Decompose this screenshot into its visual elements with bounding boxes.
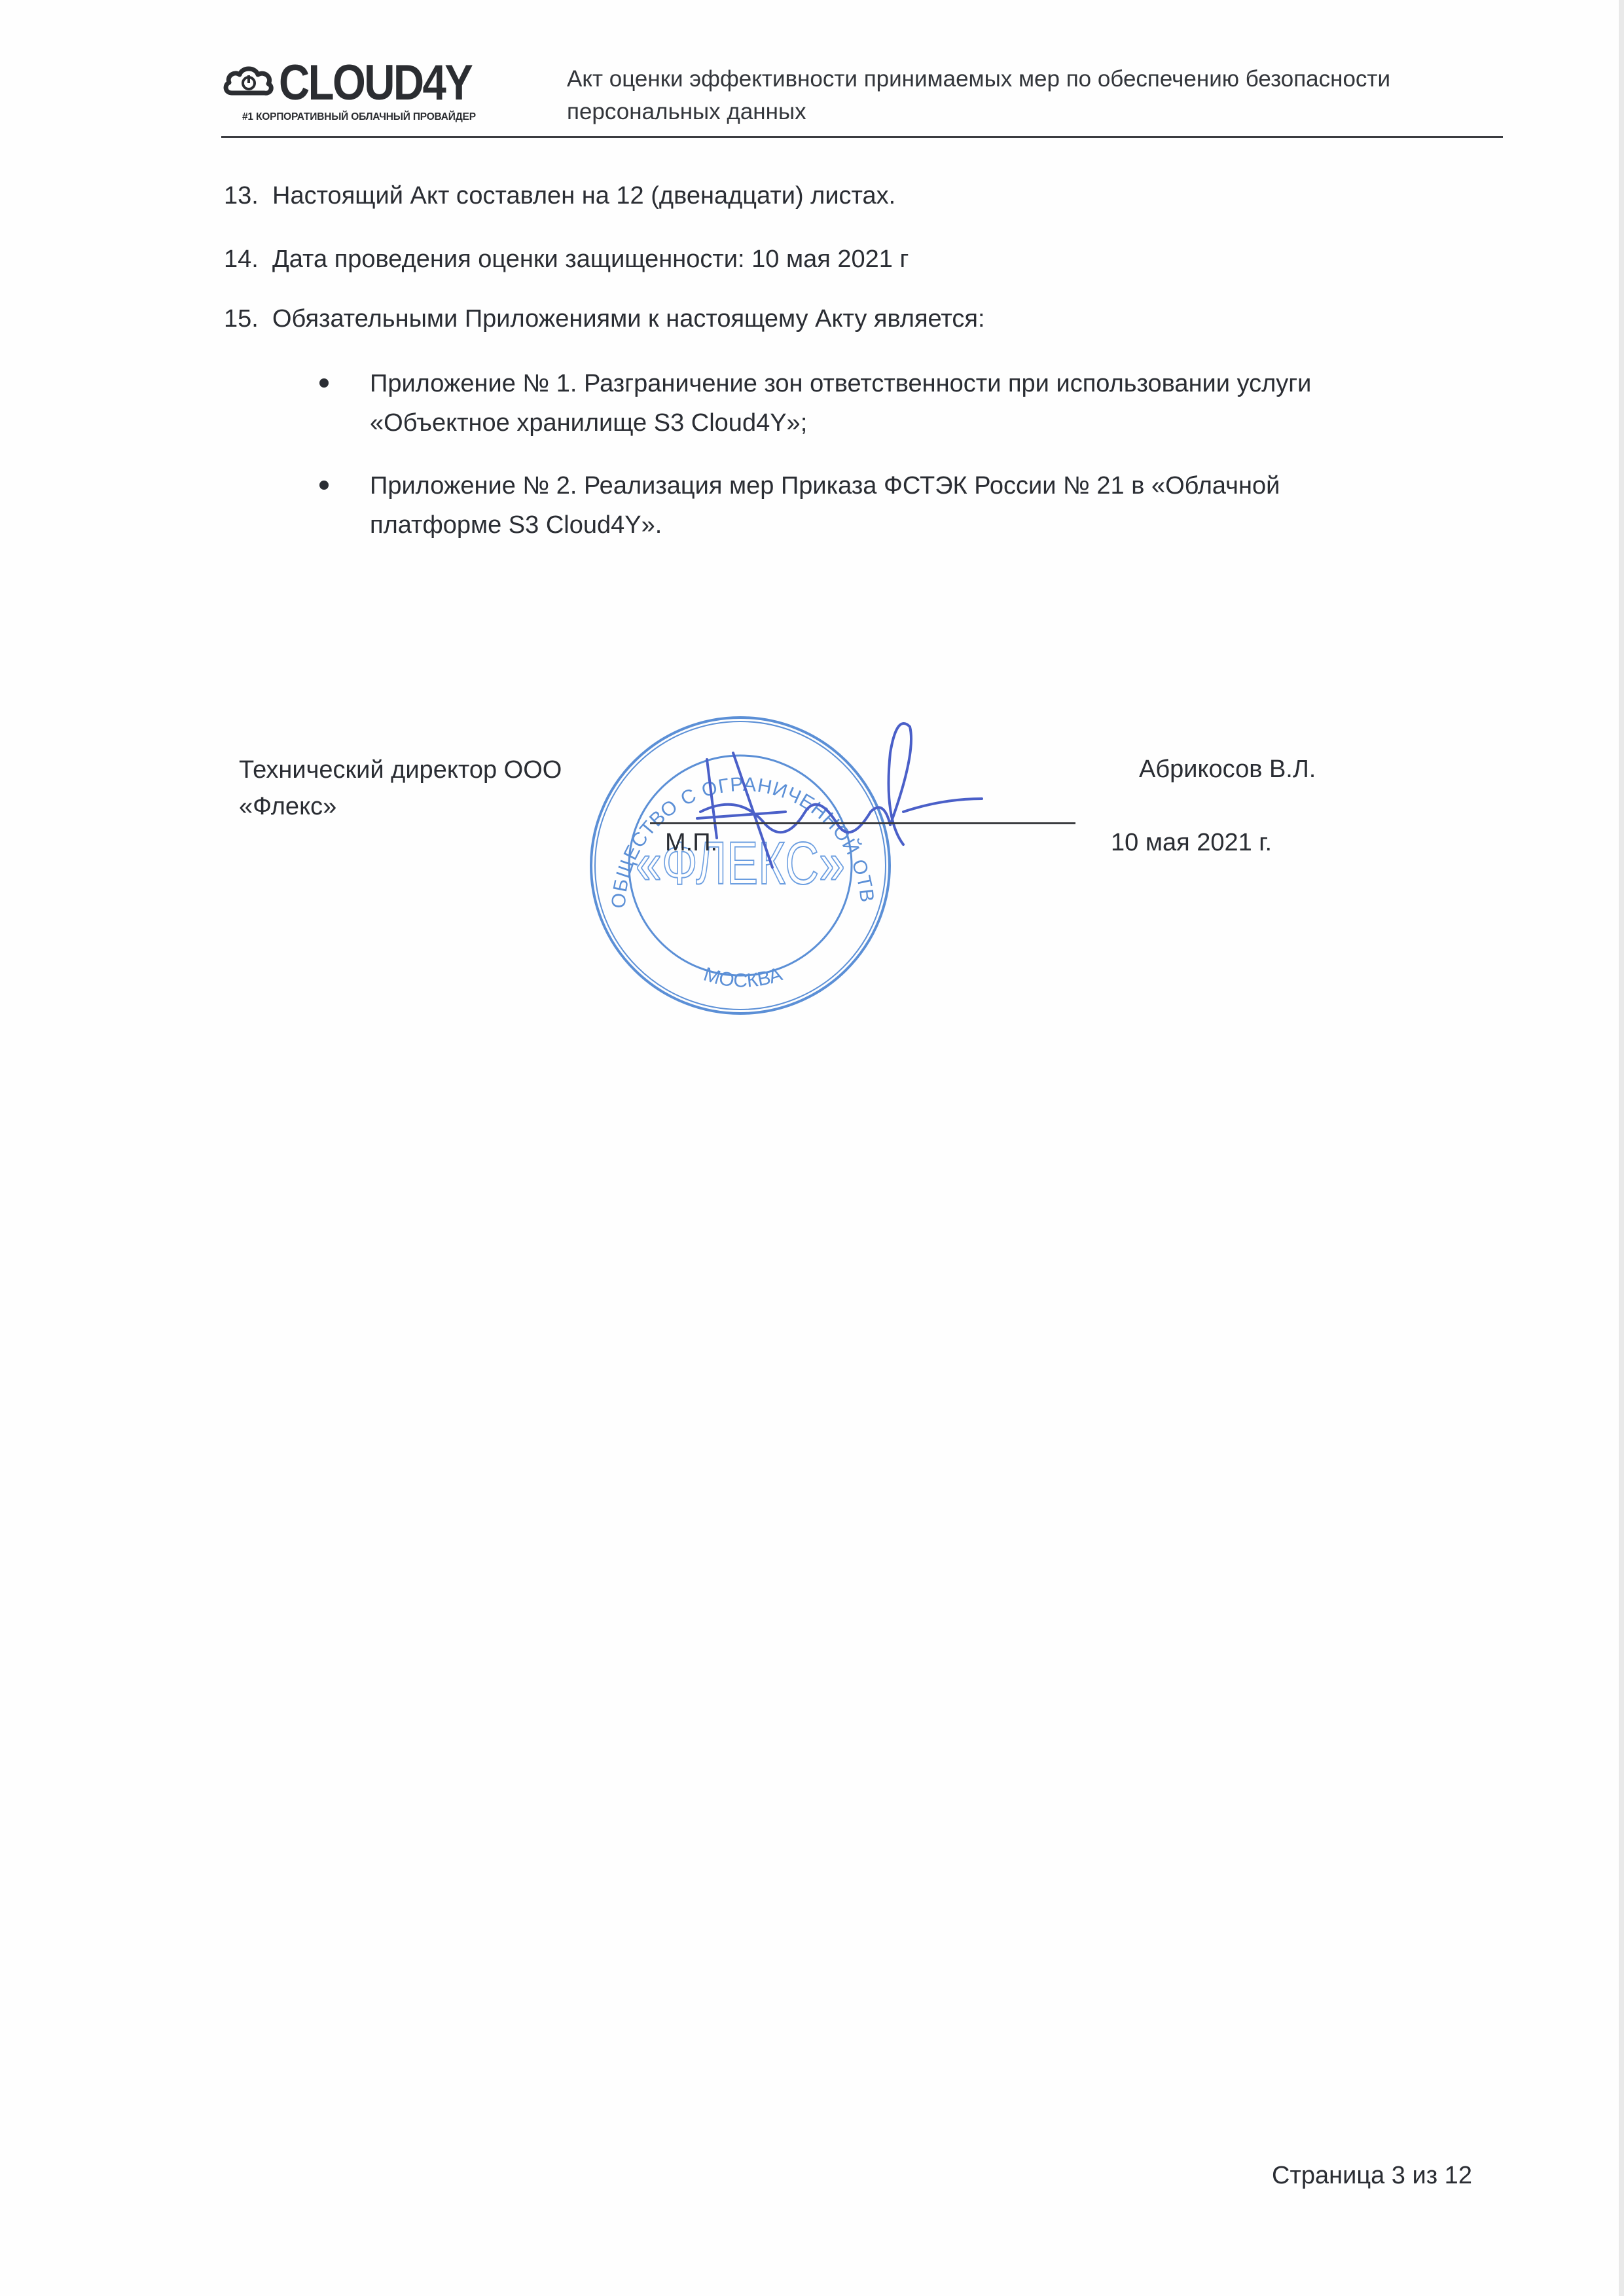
svg-text:МОСКВА: МОСКВА (701, 963, 785, 991)
page-number: Страница 3 из 12 (1272, 2159, 1472, 2192)
signatory-role: Технический директор ООО «Флекс» (239, 752, 632, 825)
header-divider (221, 136, 1503, 138)
scan-edge (1619, 0, 1624, 2296)
signatory-name: Абрикосов В.Л. (1139, 753, 1316, 786)
document-page: CLOUD4Y #1 КОРПОРАТИВНЫЙ ОБЛАЧНЫЙ ПРОВАЙ… (0, 0, 1624, 2296)
list-item-14: 14.Дата проведения оценки защищенности: … (224, 243, 909, 276)
seal-place-label: М.П. (665, 826, 717, 859)
company-logo: CLOUD4Y #1 КОРПОРАТИВНЫЙ ОБЛАЧНЫЙ ПРОВАЙ… (223, 58, 511, 131)
document-header-title: Акт оценки эффективности принимаемых мер… (567, 63, 1509, 128)
signature-line (650, 822, 1075, 824)
logo-tagline: #1 КОРПОРАТИВНЫЙ ОБЛАЧНЫЙ ПРОВАЙДЕР (242, 111, 511, 123)
bullet-icon (319, 378, 329, 388)
appendix-1: Приложение № 1. Разграничение зон ответс… (370, 364, 1430, 443)
logo-wordmark: CLOUD4Y (279, 58, 471, 108)
stamp-bottom-text: МОСКВА (701, 963, 785, 991)
list-item-15: 15.Обязательными Приложениями к настояще… (224, 302, 985, 335)
bullet-icon (319, 481, 329, 490)
appendix-2: Приложение № 2. Реализация мер Приказа Ф… (370, 466, 1430, 545)
signature-date: 10 мая 2021 г. (1111, 826, 1272, 859)
list-item-13: 13.Настоящий Акт составлен на 12 (двенад… (224, 179, 895, 212)
cloud-power-icon (223, 63, 275, 103)
handwritten-signature (681, 714, 1008, 871)
